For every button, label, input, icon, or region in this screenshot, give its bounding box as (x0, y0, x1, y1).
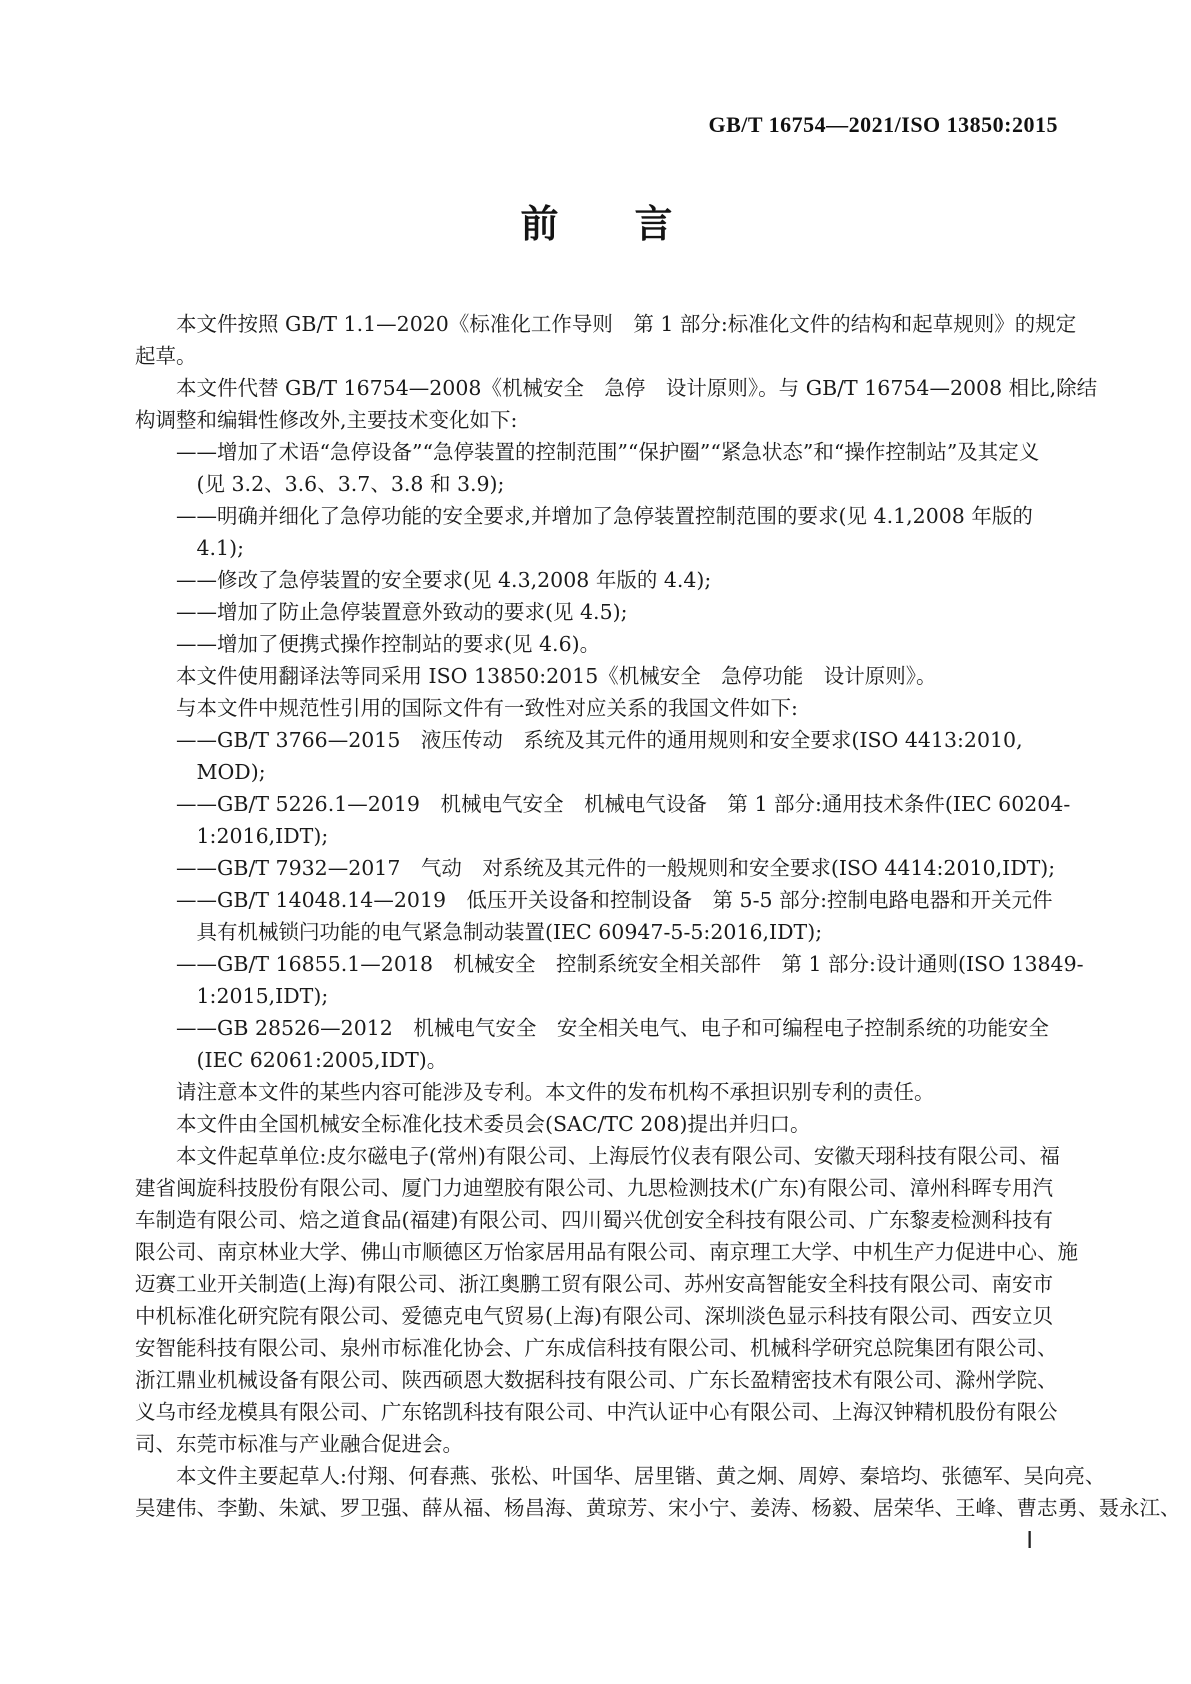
text-line: 与本文件中规范性引用的国际文件有一致性对应关系的我国文件如下: (135, 692, 1058, 724)
text-line: 具有机械锁闩功能的电气紧急制动装置(IEC 60947-5-5:2016,IDT… (135, 916, 1058, 948)
text-line: 中机标准化研究院有限公司、爱德克电气贸易(上海)有限公司、深圳淡色显示科技有限公… (135, 1300, 1058, 1332)
text-line: 义乌市经龙模具有限公司、广东铭凯科技有限公司、中汽认证中心有限公司、上海汉钟精机… (135, 1396, 1058, 1428)
text-line: 起草。 (135, 340, 1058, 372)
text-line: 建省闽旋科技股份有限公司、厦门力迪塑胶有限公司、九思检测技术(广东)有限公司、漳… (135, 1172, 1058, 1204)
text-line: 司、东莞市标准与产业融合促进会。 (135, 1428, 1058, 1460)
text-line: 安智能科技有限公司、泉州市标准化协会、广东成信科技有限公司、机械科学研究总院集团… (135, 1332, 1058, 1364)
text-line: 4.1); (135, 532, 1058, 564)
page-number: Ⅰ (1026, 1528, 1033, 1554)
text-line: 迈赛工业开关制造(上海)有限公司、浙江奥鹏工贸有限公司、苏州安高智能安全科技有限… (135, 1268, 1058, 1300)
text-line: 本文件按照 GB/T 1.1—2020《标准化工作导则 第 1 部分:标准化文件… (135, 308, 1058, 340)
text-line: 本文件起草单位:皮尔磁电子(常州)有限公司、上海辰竹仪表有限公司、安徽天珝科技有… (135, 1140, 1058, 1172)
foreword-body: 本文件按照 GB/T 1.1—2020《标准化工作导则 第 1 部分:标准化文件… (135, 308, 1058, 1524)
text-line: ——明确并细化了急停功能的安全要求,并增加了急停装置控制范围的要求(见 4.1,… (135, 500, 1058, 532)
text-line: 构调整和编辑性修改外,主要技术变化如下: (135, 404, 1058, 436)
text-line: (IEC 62061:2005,IDT)。 (135, 1044, 1058, 1076)
foreword-title: 前 言 (135, 200, 1058, 248)
text-line: 本文件主要起草人:付翔、何春燕、张松、叶国华、居里锴、黄之炯、周婷、秦培均、张德… (135, 1460, 1058, 1492)
text-line: 浙江鼎业机械设备有限公司、陕西硕恩大数据科技有限公司、广东长盈精密技术有限公司、… (135, 1364, 1058, 1396)
text-line: MOD); (135, 756, 1058, 788)
text-line: ——GB/T 16855.1—2018 机械安全 控制系统安全相关部件 第 1 … (135, 948, 1058, 980)
text-line: ——GB/T 5226.1—2019 机械电气安全 机械电气设备 第 1 部分:… (135, 788, 1058, 820)
text-line: ——GB/T 14048.14—2019 低压开关设备和控制设备 第 5-5 部… (135, 884, 1058, 916)
text-line: ——GB/T 7932—2017 气动 对系统及其元件的一般规则和安全要求(IS… (135, 852, 1058, 884)
text-line: 1:2015,IDT); (135, 980, 1058, 1012)
text-line: ——增加了便携式操作控制站的要求(见 4.6)。 (135, 628, 1058, 660)
text-line: ——增加了防止急停装置意外致动的要求(见 4.5); (135, 596, 1058, 628)
text-line: 本文件代替 GB/T 16754—2008《机械安全 急停 设计原则》。与 GB… (135, 372, 1058, 404)
text-line: ——增加了术语“急停设备”“急停装置的控制范围”“保护圈”“紧急状态”和“操作控… (135, 436, 1058, 468)
text-line: 车制造有限公司、焙之道食品(福建)有限公司、四川蜀兴优创安全科技有限公司、广东黎… (135, 1204, 1058, 1236)
text-line: 吴建伟、李勤、朱斌、罗卫强、薛从福、杨昌海、黄琼芳、宋小宁、姜涛、杨毅、居荣华、… (135, 1492, 1058, 1524)
text-line: ——GB 28526—2012 机械电气安全 安全相关电气、电子和可编程电子控制… (135, 1012, 1058, 1044)
text-line: 本文件由全国机械安全标准化技术委员会(SAC/TC 208)提出并归口。 (135, 1108, 1058, 1140)
document-page: GB/T 16754—2021/ISO 13850:2015 前 言 本文件按照… (0, 0, 1191, 1684)
text-line: (见 3.2、3.6、3.7、3.8 和 3.9); (135, 468, 1058, 500)
text-line: ——GB/T 3766—2015 液压传动 系统及其元件的通用规则和安全要求(I… (135, 724, 1058, 756)
text-line: ——修改了急停装置的安全要求(见 4.3,2008 年版的 4.4); (135, 564, 1058, 596)
text-line: 限公司、南京林业大学、佛山市顺德区万怡家居用品有限公司、南京理工大学、中机生产力… (135, 1236, 1058, 1268)
page-header: GB/T 16754—2021/ISO 13850:2015 (135, 112, 1058, 138)
standard-number: GB/T 16754—2021/ISO 13850:2015 (708, 112, 1058, 137)
text-line: 请注意本文件的某些内容可能涉及专利。本文件的发布机构不承担识别专利的责任。 (135, 1076, 1058, 1108)
text-line: 1:2016,IDT); (135, 820, 1058, 852)
text-line: 本文件使用翻译法等同采用 ISO 13850:2015《机械安全 急停功能 设计… (135, 660, 1058, 692)
